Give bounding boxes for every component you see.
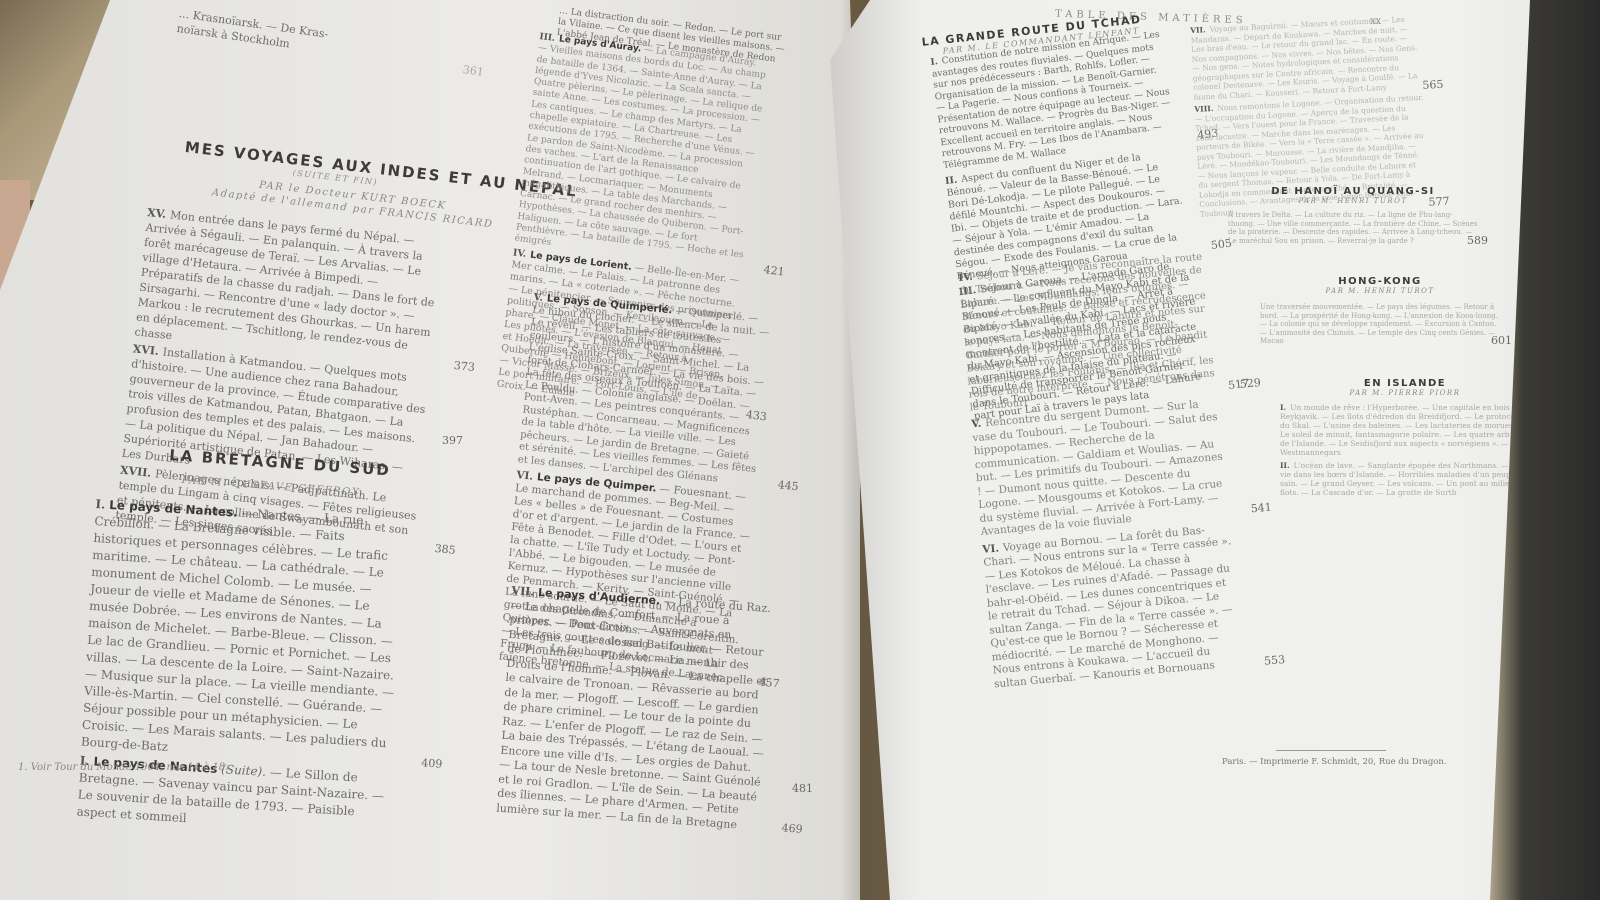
toc-entry[interactable]: V.Le pays de Quimperlé. — Quimperlé. — L… <box>517 292 773 489</box>
section-tchad-entries-lower: IV.Séjour à Léré. — Je vais reconnaître … <box>958 250 1244 691</box>
page-number: 469 <box>781 821 803 837</box>
page-number: 565 <box>1422 79 1443 90</box>
section-hanoi: DE HANOÏ AU QUANG-SI PAR M. HENRI TUROT … <box>1228 186 1478 245</box>
left-page: ... Krasnoïarsk. — De Kras- noïarsk à St… <box>0 0 860 900</box>
page-number: 445 <box>777 479 799 493</box>
toc-entry[interactable]: VII.Le pays d'Audierne. — La route du Ra… <box>496 584 777 834</box>
toc-entry[interactable]: IV.Séjour à Léré. — Je vais reconnaître … <box>958 250 1220 414</box>
toc-entry[interactable]: VI.Voyage au Bornou. — La forêt du Bas-C… <box>982 522 1244 692</box>
toc-entry[interactable]: V.Rencontre du sergent Dumont. — Sur la … <box>971 397 1231 540</box>
toc-entry[interactable]: VII.Voyage au Baguirmi. — Mœurs et coutu… <box>1190 14 1424 102</box>
page-number: 421 <box>763 264 785 278</box>
section-bretagne-entries: I.Le pays de Nantes. — Nantes. — La rue … <box>76 496 415 840</box>
middle-entries-bottom: VII.Le pays d'Audierne. — La route du Ra… <box>496 584 777 834</box>
toc-entry[interactable]: I.Le pays de Nantes. — Nantes. — La rue … <box>80 496 415 770</box>
page-number: 373 <box>453 358 475 375</box>
toc-entry[interactable]: I.Un monde de rêve : l'Hyperborée. — Une… <box>1280 403 1530 457</box>
page-number: 529 <box>1239 376 1261 391</box>
top-fragment: ... Krasnoïarsk. — De Kras- noïarsk à St… <box>176 6 467 76</box>
page-number: 589 <box>1467 237 1488 246</box>
footnote: 1. Voir Tour du Monde 1904, nos 14 à 18. <box>18 762 228 773</box>
page-number: 409 <box>421 754 443 772</box>
page-number: 553 <box>1263 652 1285 667</box>
section-heading: DE HANOÏ AU QUANG-SI <box>1228 186 1478 197</box>
imprint-rule <box>1276 750 1386 751</box>
imprint: Paris. — Imprimerie F. Schmidt, 20, Rue … <box>1222 757 1447 767</box>
page-number: 481 <box>792 782 813 795</box>
section-byline: PAR M. HENRI TUROT <box>1260 287 1500 295</box>
toc-entry[interactable]: II.L'océan de lave. — Sanglante épopée d… <box>1280 461 1530 497</box>
section-hongkong: HONG-KONG PAR M. HENRI TUROT Une travers… <box>1260 276 1500 346</box>
page-number: 541 <box>1250 501 1272 516</box>
section-heading: HONG-KONG <box>1260 276 1500 287</box>
section-byline: PAR M. PIERRE PIORR <box>1280 389 1530 397</box>
page-number: 601 <box>1491 337 1512 346</box>
section-islande: EN ISLANDE PAR M. PIERRE PIORR I.Un mond… <box>1280 378 1530 497</box>
section-heading: EN ISLANDE <box>1280 378 1530 389</box>
toc-entry[interactable]: Une traversée mouvementée. — Le pays des… <box>1260 303 1500 346</box>
toc-entry[interactable]: À travers le Delta. — La culture du riz.… <box>1228 211 1478 245</box>
right-page: TABLE DES MATIÈRES xx LA GRANDE ROUTE DU… <box>830 0 1600 900</box>
page-number: 385 <box>434 541 456 558</box>
page-number: 361 <box>462 63 485 79</box>
section-byline: PAR M. HENRI TUROT <box>1228 197 1478 205</box>
page-number: 397 <box>442 434 463 447</box>
toc-entry[interactable]: III.Le pays d'Auray. — La campagne d'Aur… <box>514 32 768 273</box>
